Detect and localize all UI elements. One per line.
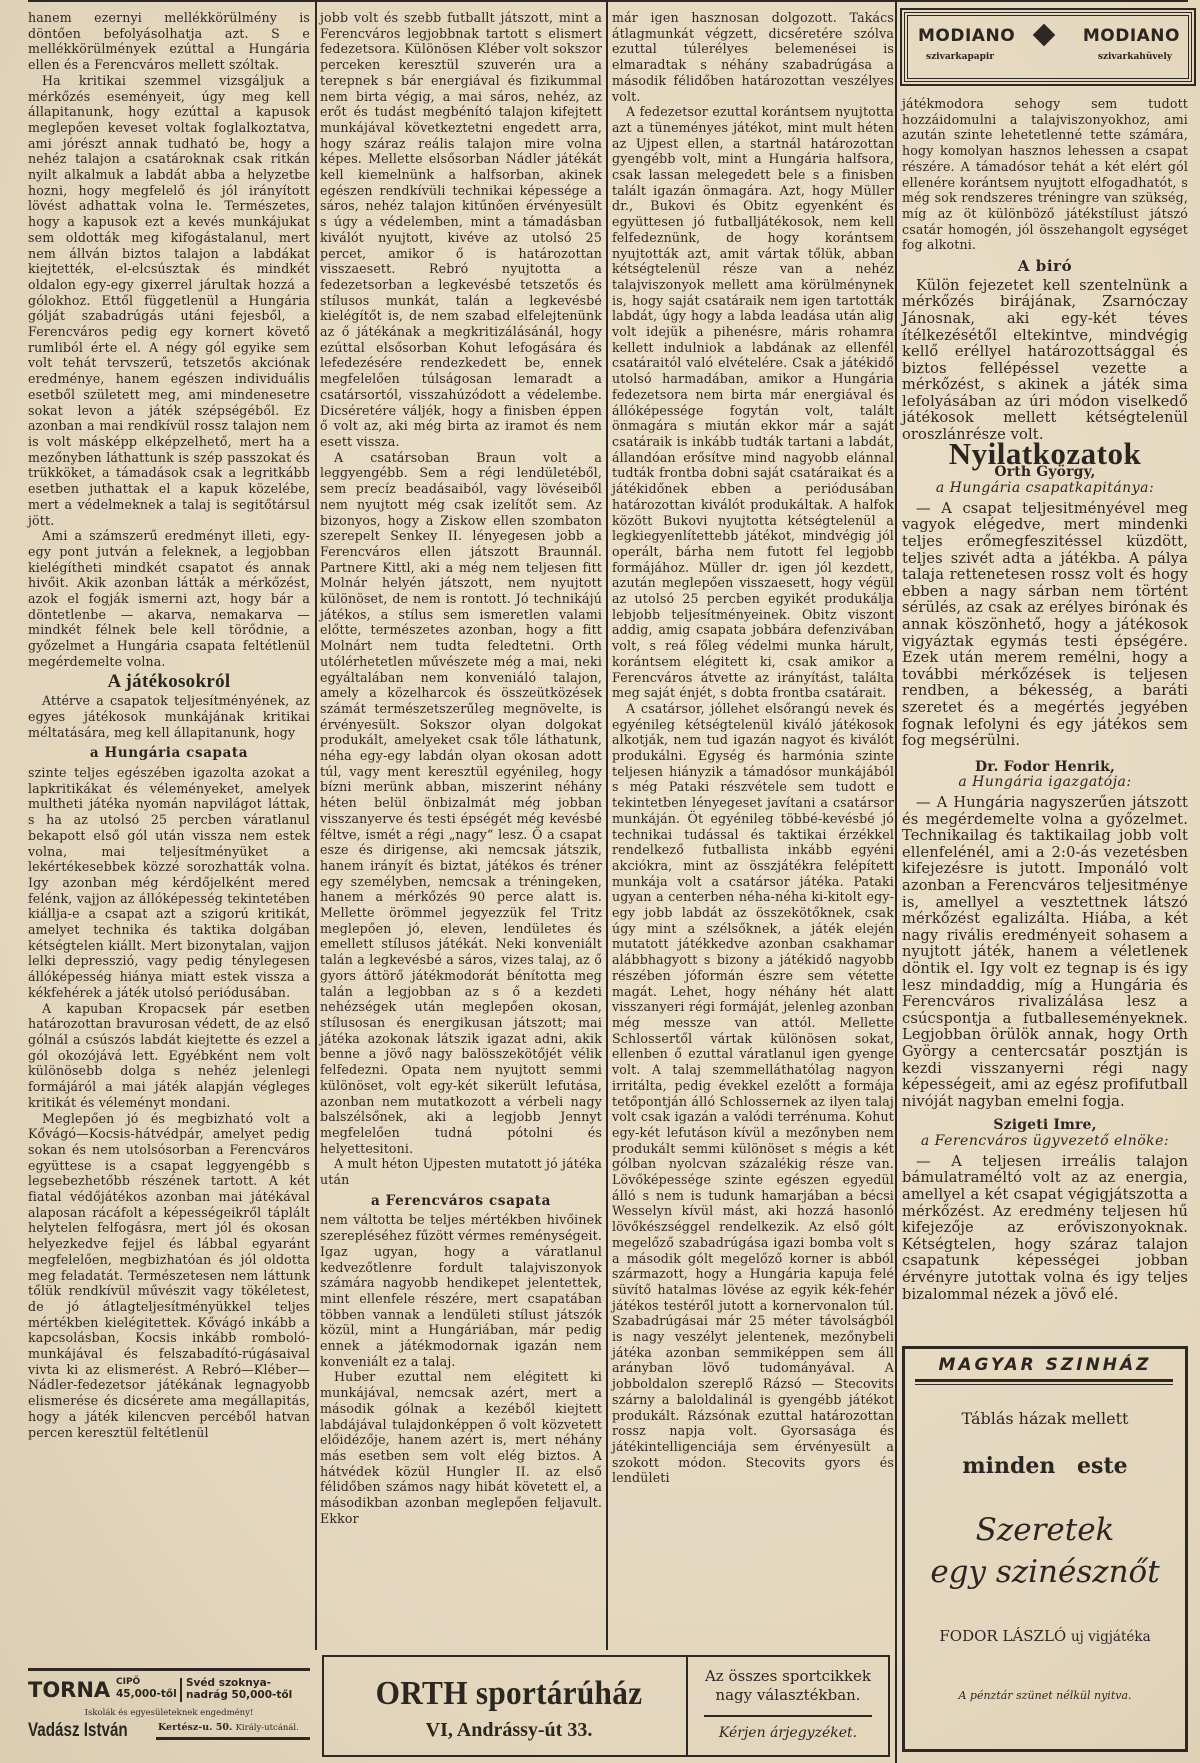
top-rule — [28, 0, 1188, 2]
box-office-note: A pénztár szünet nélkül nyitva. — [905, 1689, 1185, 1702]
modiano-product-left: szivarkapapir — [926, 52, 994, 62]
paragraph: A csatársoban Braun volt a leggyengébb. … — [320, 450, 602, 1157]
statement-block: Szigeti Imre, a Ferencváros ügyvezető el… — [902, 1118, 1188, 1303]
subheading-hungaria: a Hungária csapata — [28, 746, 310, 762]
modiano-brand-left: MODIANO — [918, 26, 1015, 46]
ad-separator — [180, 1678, 182, 1702]
paragraph: jobb volt és szebb futballt játszott, mi… — [320, 10, 602, 450]
paragraph: nem váltotta be teljes mértékben hivőine… — [320, 1212, 602, 1369]
play-author: FODOR LÁSZLÓ uj vigjátéka — [905, 1627, 1185, 1645]
paragraph: A kapuban Kropacsek pár esetben határozo… — [28, 1001, 310, 1111]
paragraph: A fedezetsor ezuttal korántsem nyujtotta… — [612, 104, 894, 701]
torna-label: TORNA — [28, 1678, 110, 1702]
ad-top-rule — [28, 1668, 310, 1671]
paragraph: Huber ezuttal nem elégitett ki munkájáva… — [320, 1369, 602, 1526]
tagline-line1: Az összes sportcikkek — [690, 1667, 886, 1686]
title-underline — [915, 1384, 1173, 1385]
article-column-2: jobb volt és szebb futballt játszott, mi… — [320, 10, 602, 1527]
column-divider — [606, 0, 608, 1650]
newspaper-page: hanem ezernyi mellékkörülmény is döntően… — [0, 0, 1200, 1763]
paragraph: A mult héton Ujpesten mutatott jó játéka… — [320, 1156, 602, 1187]
play-title-line1: Szeretek — [905, 1509, 1185, 1551]
paragraph: Ami a számszerű eredményt illeti, egy-eg… — [28, 528, 310, 669]
ad-bottom-rule — [156, 1737, 310, 1740]
paragraph: Külön fejezetet kell szentelnünk a mérkő… — [902, 278, 1188, 444]
statement-role: a Hungária igazgatója: — [902, 775, 1188, 791]
cipo-price: 45,000-től — [116, 1688, 177, 1700]
street-address: Kertész-u. 50. — [158, 1722, 232, 1733]
subheading-ferencvaros: a Ferencváros csapata — [320, 1194, 602, 1210]
store-name: ORTH sportárúház — [348, 1675, 670, 1713]
price-list-request: Kérjen árjegyzéket. — [690, 1725, 886, 1741]
skirt-offer: Svéd szoknya- nadrág 50,000-től — [186, 1677, 292, 1701]
modiano-product-right: szivarkahüvely — [1098, 52, 1172, 62]
paragraph: Meglepően jó és megbizható volt a Kővágó… — [28, 1111, 310, 1441]
cipo-label: CIPŐ — [116, 1677, 140, 1688]
paragraph: A csatársor, jóllehet elsőrangú nevek és… — [612, 701, 894, 1486]
statement-text: — A Hungária nagyszerűen játszott és meg… — [902, 795, 1188, 1110]
statement-block: Dr. Fodor Henrik, a Hungária igazgatója:… — [902, 760, 1188, 1111]
merchant-address: Kertész-u. 50. Király-utcánál. — [158, 1722, 299, 1733]
tagline-line2: nagy választékban. — [690, 1686, 886, 1705]
modiano-diamond-logo-icon — [1033, 24, 1056, 47]
trousers-price: nadrág 50,000-től — [186, 1689, 292, 1701]
discount-note: Iskolák és egyesületeknek engedmény! — [28, 1708, 310, 1718]
author-suffix: uj vigjátéka — [1071, 1629, 1151, 1645]
play-title: Szeretek egy szinésznőt — [905, 1509, 1185, 1593]
paragraph: szinte teljes egészében igazolta azokat … — [28, 765, 310, 1001]
play-title-line2: egy szinésznőt — [905, 1551, 1185, 1593]
magyar-szinhaz-advertisement: MAGYAR SZINHÁZ Táblás házak mellett mind… — [902, 1346, 1188, 1752]
statement-speaker: Dr. Fodor Henrik, — [902, 760, 1188, 776]
statement-role: a Hungária csapatkapitánya: — [902, 481, 1188, 497]
paragraph: Ha kritikai szemmel vizsgáljuk a mérkőzé… — [28, 73, 310, 528]
article-column-1: hanem ezernyi mellékkörülmény is döntően… — [28, 10, 310, 1440]
section-heading-players: A játékosokról — [28, 674, 310, 690]
theatre-name: MAGYAR SZINHÁZ — [905, 1355, 1185, 1375]
store-address: VI, Andrássy-út 33. — [334, 1719, 684, 1742]
author-name: FODOR LÁSZLÓ — [939, 1627, 1066, 1645]
statement-speaker: Orth György, — [902, 465, 1188, 481]
statement-block: Orth György, a Hungária csapatkapitánya:… — [902, 465, 1188, 749]
article-column-4: játékmodora sehogy sem tudott hozzáidomu… — [902, 96, 1188, 1303]
orth-sportaruhaz-advertisement: ORTH sportárúház VI, Andrássy-út 33. Az … — [322, 1655, 890, 1757]
store-tagline: Az összes sportcikkek nagy választékban. — [690, 1667, 886, 1705]
statement-text: — A csapat teljesitményével meg vagyok e… — [902, 501, 1188, 750]
article-column-3: már igen hasznosan dolgozott. Takács átl… — [612, 10, 894, 1486]
every-evening: minden este — [905, 1453, 1185, 1479]
torna-cipo-advertisement: TORNA CIPŐ 45,000-től Svéd szoknya- nadr… — [28, 1668, 310, 1753]
column-divider — [895, 0, 897, 1763]
statement-role: a Ferencváros ügyvezető elnöke: — [902, 1134, 1188, 1150]
modiano-brand-right: MODIANO — [1083, 26, 1180, 46]
tagline-rule — [704, 1715, 872, 1717]
modiano-advertisement: MODIANO MODIANO szivarkapapir szivarkahü… — [904, 12, 1192, 82]
ad-divider — [686, 1657, 688, 1755]
statement-text: — A teljesen irreális talajon bámulatram… — [902, 1154, 1188, 1303]
paragraph: játékmodora sehogy sem tudott hozzáidomu… — [902, 96, 1188, 253]
section-heading-statements: Nyilatkozatok — [902, 446, 1188, 462]
section-heading-referee: A biró — [902, 259, 1188, 275]
address-note: Király-utcánál. — [236, 1723, 299, 1733]
title-underline — [915, 1379, 1173, 1382]
merchant-name: Vadász István — [28, 1720, 128, 1742]
paragraph: hanem ezernyi mellékkörülmény is döntően… — [28, 10, 310, 73]
statement-speaker: Szigeti Imre, — [902, 1118, 1188, 1134]
skirt-label: Svéd szoknya- — [186, 1677, 271, 1689]
paragraph: Attérve a csapatok teljesítményének, az … — [28, 693, 310, 740]
sold-out-note: Táblás házak mellett — [905, 1409, 1185, 1428]
paragraph: már igen hasznosan dolgozott. Takács átl… — [612, 10, 894, 104]
column-divider — [315, 0, 317, 1650]
